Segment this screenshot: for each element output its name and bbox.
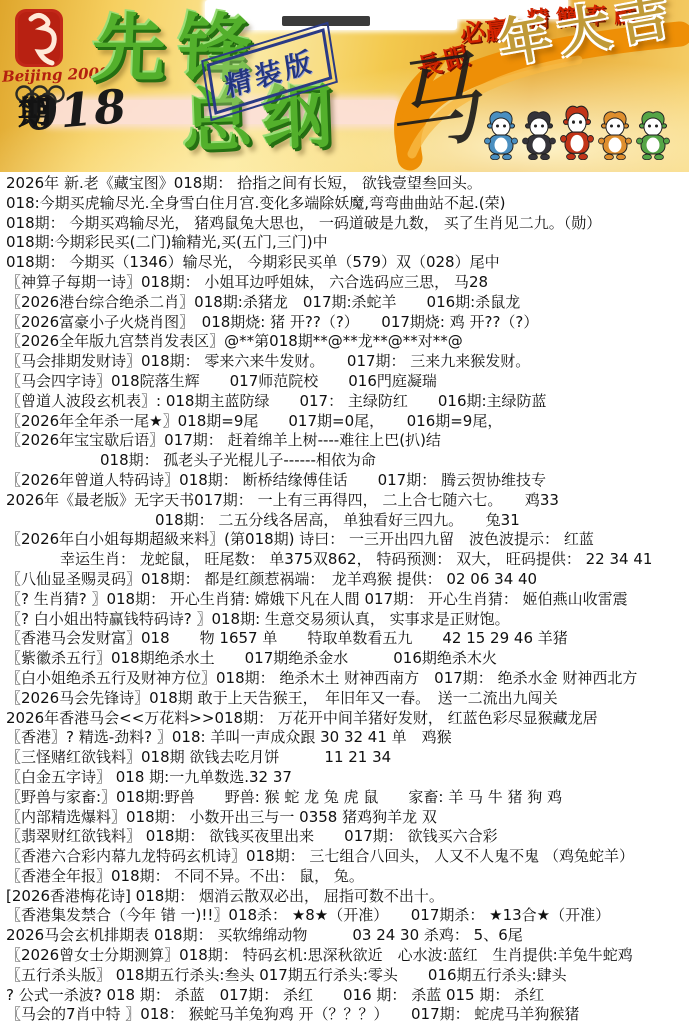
content-line: 〖香港集发禁合（今年 错 一)!!〗018杀： ★8★（开准） 017期杀： ★… xyxy=(0,906,689,926)
content-line: 〖内部精选爆料〗018期： 小数开出三与一 0358 猪鸡狗羊龙 双 xyxy=(0,808,689,828)
content-line: 〖? 白小姐出特赢钱特码诗? 〗018期: 生意交易须认真， 实事求是正财饱。 xyxy=(0,610,689,630)
content-line: 〖香港六合彩内幕九龙特码玄机诗〗018期： 三七组合八回头， 人又不人鬼不鬼 （… xyxy=(0,847,689,867)
page: { "header": { "emblem": { "wordmark": "B… xyxy=(0,0,689,1027)
content-line: 〖2026全年版九宫禁肖发表区〗@**第018期**@**龙**@**对**@ xyxy=(0,332,689,352)
content-line: 〖神算子每期一诗〗018期： 小姐耳边呼姐妹， 六合选码应三思， 马28 xyxy=(0,273,689,293)
fuwa-huanhuan-icon xyxy=(560,102,594,160)
content-line: 〖八仙显圣赐灵码〗018期： 都是红颜惹祸端： 龙羊鸡猴 提供： 02 06 3… xyxy=(0,570,689,590)
content-line: 018期： 今期买（1346）输尽光， 今期彩民买单（579）双（028）尾中 xyxy=(0,253,689,273)
content-line: [2026香港梅花诗] 018期： 烟消云散双必出， 屈指可数不出十。 xyxy=(0,887,689,907)
content-line: 〖马会排期发财诗〗018期： 零来六来牛发财。 017期： 三来九来猴发财。 xyxy=(0,352,689,372)
content-line: 018期:今期彩民买(二门)输精光,买(五门,三门)中 xyxy=(0,233,689,253)
content-line: 〖马会四字诗〗018院落生辉 017师范院校 016門庭凝瑞 xyxy=(0,372,689,392)
content-line: 〖2026港台综合绝杀二肖〗018期:杀猪龙 017期:杀蛇羊 016期:杀鼠龙 xyxy=(0,293,689,313)
fuwa-beibei-icon xyxy=(484,108,518,160)
masthead: Beijing 2008 先锋 总纲 第 018 期 精装版 必赢 精簡奉獻 長… xyxy=(0,0,689,172)
cursive-horse-glyph: 马 xyxy=(377,47,486,160)
content-line: 〖2026年曾道人特码诗〗018期： 断桥结缘傅佳话 017期： 腾云贺协维技专 xyxy=(0,471,689,491)
content-line: 〖2026年白小姐每期超級来料〗(第018期) 诗曰： 一三开出四九留 波色波提… xyxy=(0,530,689,550)
content-line: 018:今期买虎输尽光.全身雪白住月宫.变化多端除妖魔,弯弯曲曲站不起.(荣) xyxy=(0,194,689,214)
beijing-dancing-seal-icon xyxy=(14,8,64,68)
fuwa-nini-icon xyxy=(636,108,670,160)
content-line: 〖2026年宝宝歇后语〗017期： 赶着绵羊上树----难往上巴(扒)结 xyxy=(0,431,689,451)
content-line: 〖2026年全年杀一尾★〗018期=9尾 017期=0尾， 016期=9尾， xyxy=(0,412,689,432)
content-line: 018期： 二五分线各居高， 单独看好三四九。 兔31 xyxy=(0,511,689,531)
content-line: 〖曾道人波段玄机表〗: 018期主蓝防绿 017： 主绿防红 016期:主绿防蓝 xyxy=(0,392,689,412)
content-line: 2026年《最老版》无字天书017期： 一上有三再得四， 二上合七随六七。 鸡3… xyxy=(0,491,689,511)
content-line: 〖? 生肖猜? 〗018期： 开心生肖猜: 嫦娥下凡在人間 017期： 开心生肖… xyxy=(0,590,689,610)
content-line: 〖2026富豪小子火烧肖图〗 018期烧: 猪 开??（?） 017期烧: 鸡 … xyxy=(0,313,689,333)
content-line: 〖香港马会发财富〗018 物 1657 单 特取单数看五九 42 15 29 4… xyxy=(0,629,689,649)
content-line: 〖2026马会先锋诗〗018期 敢于上天告猴王， 年旧年又一春。 送一二流出九闯… xyxy=(0,689,689,709)
content-line: 〖马会的7肖中特 〗018： 猴蛇马羊兔狗鸡 开（？？？） 017期： 蛇虎马羊… xyxy=(0,1005,689,1025)
fuwa-yingying-icon xyxy=(598,108,632,160)
fuwa-jingjing-icon xyxy=(522,108,556,160)
content-line: 〖白小姐绝杀五行及财神方位〗018期： 绝杀木土 财神西南方 017期： 绝杀水… xyxy=(0,669,689,689)
content-line: 〖香港全年报〗018期： 不同不异。不出： 鼠， 兔。 xyxy=(0,867,689,887)
scan-artifact-bar xyxy=(282,16,370,26)
content-line: 〖五行杀头版〗 018期五行杀头:叁头 017期五行杀头:零头 016期五行杀头… xyxy=(0,966,689,986)
content-line: 幸运生肖： 龙蛇鼠， 旺尾数： 单375双862， 特码预测： 双大， 旺码提供… xyxy=(0,550,689,570)
content-line: ? 公式一杀波? 018 期： 杀蓝 017期： 杀红 016 期： 杀蓝 01… xyxy=(0,986,689,1006)
content-line: 018期： 今期买鸡输尽光， 猪鸡鼠兔大思也， 一码道破是九数， 买了生肖见二九… xyxy=(0,214,689,234)
content-lines: 2026年 新.老《藏宝图》018期： 拾指之间有长短， 欲钱壹望叁回头。018… xyxy=(0,172,689,1027)
content-line: 2026年 新.老《藏宝图》018期： 拾指之间有长短， 欲钱壹望叁回头。 xyxy=(0,174,689,194)
content-line: 〖三怪赌红欲钱料〗018期 欲钱去吃月饼 11 21 34 xyxy=(0,748,689,768)
content-line: 〖白金五字诗〗 018 期:一九单数选.32 37 xyxy=(0,768,689,788)
content-line: 2026马会玄机排期表 018期： 买软绵绵动物 03 24 30 杀鸡： 5、… xyxy=(0,926,689,946)
content-line: 〖翡翠财红欲钱料〗 018期： 欲钱买夜里出来 017期： 欲钱买六合彩 xyxy=(0,827,689,847)
content-line: 〖野兽与家畜:〗018期:野兽 野兽: 猴 蛇 龙 兔 虎 鼠 家畜: 羊 马 … xyxy=(0,788,689,808)
issue-suffix: 期 xyxy=(18,87,51,134)
content-line: 〖2026曾女士分期测算〗018期： 特码玄机:思深秋欲近 心水波:蓝红 生肖提… xyxy=(0,946,689,966)
content-line: 〖紫徽杀五行〗018期绝杀水土 017期绝杀金水 016期绝杀木火 xyxy=(0,649,689,669)
content-line: 〖香港〗? 精选-劲料? 〗018: 羊叫一声成众跟 30 32 41 单 鸡猴 xyxy=(0,728,689,748)
fuwa-mascots xyxy=(484,102,670,160)
content-line: 2026年香港马会<<万花料>>018期： 万花开中间羊猪好发财， 红蓝色彩尽显… xyxy=(0,709,689,729)
content-line: 018期： 孤老头子光棍儿子------相依为命 xyxy=(0,451,689,471)
